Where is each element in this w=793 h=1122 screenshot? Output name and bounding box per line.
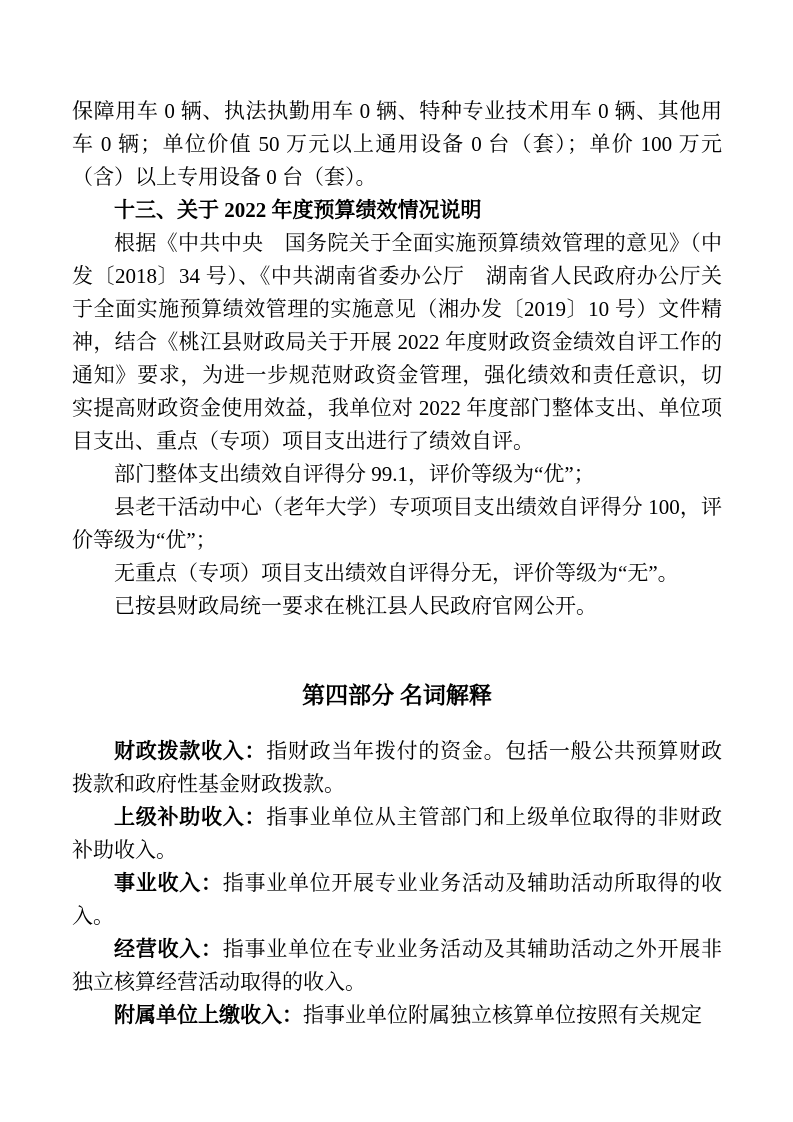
definition-superior-subsidy-income: 上级补助收入：指事业单位从主管部门和上级单位取得的非财政补助收入。 [72,801,722,867]
definition-term: 附属单位上缴收入： [114,1003,303,1027]
section-13-heading: 十三、关于 2022 年度预算绩效情况说明 [72,194,722,227]
definition-term: 财政拨款收入： [114,739,266,763]
paragraph-publication: 已按县财政局统一要求在桃江县人民政府官网公开。 [72,590,722,623]
paragraph-vehicle-equipment-continuation: 保障用车 0 辆、执法执勤用车 0 辆、特种专业技术用车 0 辆、其他用车 0 … [72,95,722,194]
paragraph-department-score: 部门整体支出绩效自评得分 99.1，评价等级为“优”； [72,458,722,491]
definition-term: 经营收入： [114,937,223,961]
definition-term: 上级补助收入： [114,805,266,829]
part-4-heading: 第四部分 名词解释 [72,676,722,716]
definition-text: 指事业单位附属独立核算单位按照有关规定 [303,1003,702,1027]
definition-fiscal-appropriation-income: 财政拨款收入：指财政当年拨付的资金。包括一般公共预算财政拨款和政府性基金财政拨款… [72,735,722,801]
definition-subsidiary-remittance-income: 附属单位上缴收入：指事业单位附属独立核算单位按照有关规定 [72,999,722,1032]
paragraph-project-score: 县老干活动中心（老年大学）专项项目支出绩效自评得分 100，评价等级为“优”； [72,491,722,557]
paragraph-no-key-project: 无重点（专项）项目支出绩效自评得分无，评价等级为“无”。 [72,557,722,590]
definition-term: 事业收入： [114,871,223,895]
document-page: 保障用车 0 辆、执法执勤用车 0 辆、特种专业技术用车 0 辆、其他用车 0 … [0,0,793,1122]
definition-operating-income-public: 事业收入：指事业单位开展专业业务活动及辅助活动所取得的收入。 [72,867,722,933]
definition-business-income: 经营收入：指事业单位在专业业务活动及其辅助活动之外开展非独立核算经营活动取得的收… [72,933,722,999]
paragraph-policy-basis: 根据《中共中央 国务院关于全面实施预算绩效管理的意见》（中发〔2018〕34 号… [72,227,722,458]
